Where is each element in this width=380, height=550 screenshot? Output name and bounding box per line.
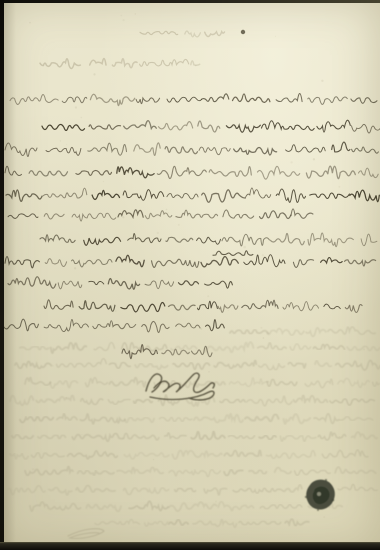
pencil-annotations bbox=[40, 30, 245, 69]
date-line-dot bbox=[241, 30, 245, 34]
scan-edge-top bbox=[0, 0, 380, 3]
pencil-scribble bbox=[68, 529, 104, 539]
handwriting-layer bbox=[0, 0, 380, 550]
scanned-letter-page bbox=[0, 0, 380, 550]
paper-speckles bbox=[29, 13, 365, 518]
scan-edge-left bbox=[0, 0, 4, 550]
body-text-lines bbox=[4, 94, 380, 359]
scan-edge-bottom bbox=[0, 542, 380, 550]
